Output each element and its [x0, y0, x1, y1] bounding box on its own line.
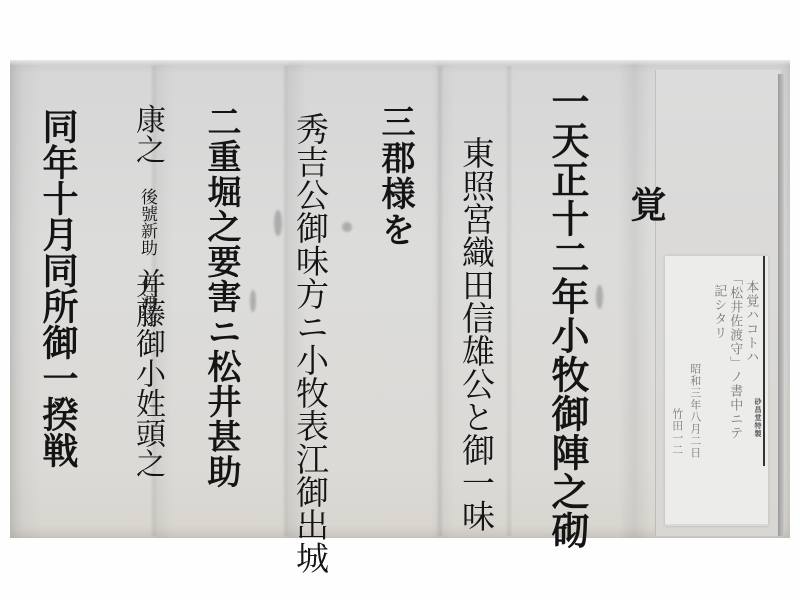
text-column-6: 康之 [132, 104, 162, 164]
text-column-4: 秀吉公御味方ニ小牧表江御出城 [294, 112, 327, 574]
text-column-3: 三郡様を [378, 104, 412, 248]
ink-stain [274, 210, 282, 236]
text-column-2: 東照宮織田信雄公と御一味 [460, 136, 493, 532]
paper-fold [282, 66, 290, 536]
paper-fold [436, 66, 444, 536]
text-column-1: 一天正十二年小牧御陣之砌 [548, 82, 586, 550]
text-column-5: 二重堀之要害ニ松井甚助 [204, 104, 238, 489]
text-column-7: 同年十月同所御一揆戦 [40, 108, 76, 468]
note-maker-stamp: 砂昌堂特製 [753, 398, 763, 438]
ink-stain [596, 285, 603, 309]
note-date: 昭和三年八月二日 [688, 363, 702, 459]
note-line-2: 「松井佐渡守」ノ書中ニテ [726, 272, 742, 440]
note-rule-line [763, 256, 765, 466]
paper-right-edge [778, 74, 784, 536]
text-column-6-continued: 并藤御小姓頭之 [132, 268, 162, 478]
note-line-3: 記シタリ [710, 284, 726, 340]
ink-stain [342, 222, 352, 232]
document-scan: 覚 一天正十二年小牧御陣之砌 東照宮織田信雄公と御一味 三郡様を 秀吉公御味方ニ… [0, 0, 800, 600]
paper-fold [505, 66, 513, 536]
note-signature: 竹田一二 [670, 408, 684, 456]
document-title: 覚 [628, 186, 664, 224]
ink-stain [250, 290, 256, 312]
paper-top-edge [10, 60, 790, 66]
note-line-1: 本覚ハコトハ [742, 280, 758, 364]
